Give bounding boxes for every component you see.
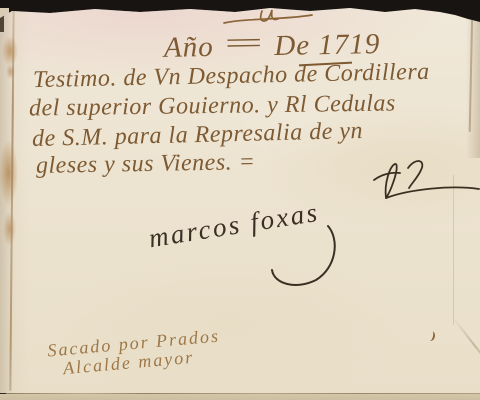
paper-stain (6, 64, 15, 79)
signature-swash-icon (232, 222, 352, 294)
right-paper-edge (466, 8, 480, 158)
year-label: Año (164, 31, 214, 64)
archival-note: Sacado por Prados Alcalde mayor (47, 327, 223, 380)
year-value: De 1719 (274, 28, 381, 62)
corner-fold (453, 318, 480, 374)
notary-rubric-icon (362, 156, 480, 206)
body-line: gleses y sus Vienes. = (36, 149, 256, 180)
folio-flourish-icon (222, 8, 314, 28)
paper-stain (2, 36, 18, 66)
body-line: de S.M. para la Represalia de yn (32, 118, 364, 153)
manuscript-scan: Año=De 1719 Testimo. de Vn Despacho de C… (0, 0, 480, 400)
ink-mark (426, 330, 436, 342)
year-line: Año=De 1719 (164, 28, 381, 65)
year-separator: = (219, 27, 269, 61)
paper-stain (3, 212, 16, 246)
body-line: Testimo. de Vn Despacho de Cordillera (33, 59, 430, 94)
page-paper: Año=De 1719 Testimo. de Vn Despacho de C… (0, 0, 480, 393)
